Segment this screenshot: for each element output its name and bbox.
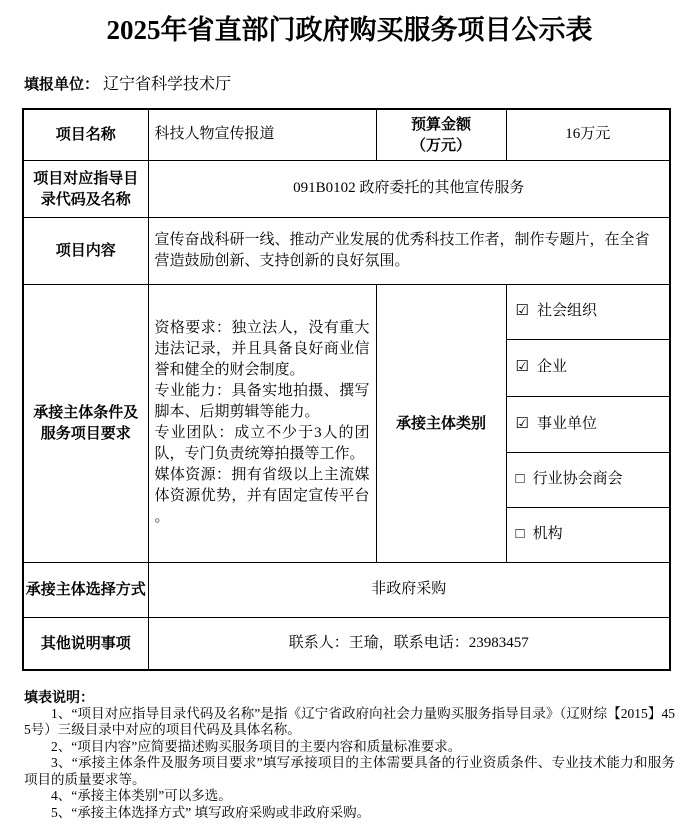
category-option-label: 企业 <box>537 359 567 375</box>
fill-instruction-item: 5、“承接主体选择方式” 填写政府采购或非政府采购。 <box>24 805 675 822</box>
checkbox-checked-icon: ☑ <box>516 301 529 322</box>
selection-method-value: 非政府采购 <box>148 562 670 617</box>
category-option-label: 社会组织 <box>537 303 597 319</box>
checkbox-checked-icon: ☑ <box>516 357 529 378</box>
category-option-social-org: ☑社会组织 <box>506 284 670 339</box>
fill-instruction-item: 3、“承接主体条件及服务项目要求”填写承接项目的主体需要具备的行业资质条件、专业… <box>24 755 675 788</box>
fill-instructions-heading: 填表说明： <box>24 689 675 706</box>
fill-instruction-item: 2、“项目内容”应简要描述购买服务项目的主要内容和质量标准要求。 <box>24 739 675 756</box>
row-project-name: 项目名称 科技人物宣传报道 预算金额 （万元） 16万元 <box>23 109 670 160</box>
checkbox-unchecked-icon: □ <box>516 469 525 490</box>
project-name-value: 科技人物宣传报道 <box>148 109 376 160</box>
checkbox-checked-icon: ☑ <box>516 414 529 435</box>
row-other-notes: 其他说明事项 联系人：王瑜，联系电话：23983457 <box>23 617 670 670</box>
requirement-paragraph: 专业团队：成立不少于3人的团队，专门负责统筹拍摄等工作。 <box>155 423 370 465</box>
category-option-label: 行业协会商会 <box>533 471 623 487</box>
categories-label: 承接主体类别 <box>376 284 506 562</box>
catalog-label: 项目对应指导目录代码及名称 <box>23 160 148 217</box>
reporting-unit-line: 填报单位：辽宁省科学技术厅 <box>24 75 699 94</box>
other-notes-value: 联系人：王瑜，联系电话：23983457 <box>148 617 670 670</box>
other-notes-label: 其他说明事项 <box>23 617 148 670</box>
requirement-paragraph: 专业能力：具备实地拍摄、撰写脚本、后期剪辑等能力。 <box>155 381 370 423</box>
requirement-paragraph: 媒体资源：拥有省级以上主流媒体资源优势，并有固定宣传平台。 <box>155 465 370 528</box>
reporting-unit-value: 辽宁省科学技术厅 <box>103 76 231 93</box>
row-categories-1: 承接主体条件及服务项目要求 资格要求：独立法人，没有重大违法记录，并且具备良好商… <box>23 284 670 339</box>
fill-instruction-item: 1、“项目对应指导目录代码及名称”是指《辽宁省政府向社会力量购买服务指导目录》（… <box>24 706 675 739</box>
category-option-industry-association: □行业协会商会 <box>506 452 670 507</box>
category-option-agency: □机构 <box>506 507 670 562</box>
row-selection-method: 承接主体选择方式 非政府采购 <box>23 562 670 617</box>
content-label: 项目内容 <box>23 217 148 284</box>
catalog-value: 091B0102 政府委托的其他宣传服务 <box>148 160 670 217</box>
category-option-label: 事业单位 <box>537 416 597 432</box>
requirement-paragraph: 资格要求：独立法人，没有重大违法记录，并且具备良好商业信誉和健全的财会制度。 <box>155 318 370 381</box>
category-option-public-institution: ☑事业单位 <box>506 396 670 452</box>
project-form-table: 项目名称 科技人物宣传报道 预算金额 （万元） 16万元 项目对应指导目录代码及… <box>22 108 671 671</box>
budget-label-line1: 预算金额 <box>377 114 506 135</box>
reporting-unit-label: 填报单位： <box>24 76 99 93</box>
requirements-text: 资格要求：独立法人，没有重大违法记录，并且具备良好商业信誉和健全的财会制度。 专… <box>148 284 376 562</box>
budget-value: 16万元 <box>506 109 670 160</box>
checkbox-unchecked-icon: □ <box>516 524 525 545</box>
content-value: 宣传奋战科研一线、推动产业发展的优秀科技工作者，制作专题片，在全省营造鼓励创新、… <box>148 217 670 284</box>
fill-instruction-item: 4、“承接主体类别”可以多选。 <box>24 788 675 805</box>
row-catalog: 项目对应指导目录代码及名称 091B0102 政府委托的其他宣传服务 <box>23 160 670 217</box>
selection-method-label: 承接主体选择方式 <box>23 562 148 617</box>
category-option-enterprise: ☑企业 <box>506 339 670 396</box>
budget-label: 预算金额 （万元） <box>376 109 506 160</box>
project-name-label: 项目名称 <box>23 109 148 160</box>
category-option-label: 机构 <box>533 526 563 542</box>
budget-label-line2: （万元） <box>377 135 506 156</box>
page-title: 2025年省直部门政府购买服务项目公示表 <box>0 0 699 46</box>
row-content: 项目内容 宣传奋战科研一线、推动产业发展的优秀科技工作者，制作专题片，在全省营造… <box>23 217 670 284</box>
fill-instructions: 填表说明： 1、“项目对应指导目录代码及名称”是指《辽宁省政府向社会力量购买服务… <box>24 689 675 821</box>
requirements-label: 承接主体条件及服务项目要求 <box>23 284 148 562</box>
